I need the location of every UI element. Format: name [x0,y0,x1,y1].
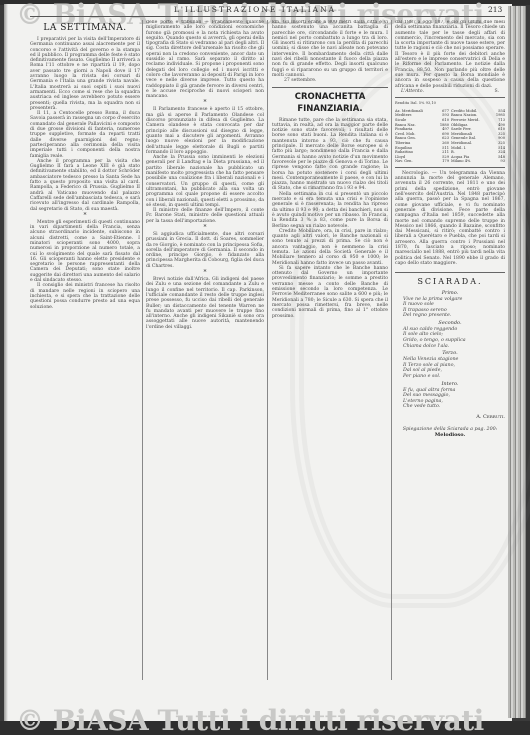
column-divider [142,20,143,680]
section-rule [395,272,505,273]
section-rule [395,167,505,168]
section-separator-asterisk: * [146,224,264,232]
article-paragraph: Brevi notizie dall'Africa. Gli indigeni … [146,277,264,330]
table-cell: Milano 4% [451,159,489,164]
obituary-paragraph: Necrologio. — Un telegramma da Vienna an… [395,171,505,266]
column-4: dal 1887 a oggi 187, e ciò gli ultimi du… [395,20,505,682]
table-cell: 179 [435,159,449,164]
sciarada-author: A. Cerruti. [395,413,505,421]
table-cell: 93 [491,159,505,164]
section-separator-asterisk: * [146,269,264,277]
header-rule [30,16,505,17]
article-paragraph: Credito Mobiliare, ora, in crisi, pare i… [272,229,388,266]
section-rule [272,87,388,88]
article-paragraph: Anche la Prussia sono imminenti le elezi… [146,155,264,208]
stanza-heading: Secondo. [395,319,505,327]
article-paragraph: Mentre gli esperimenti di questi continu… [30,220,140,284]
article-paragraph: I preparativi per la visita dell'Imperat… [30,37,140,111]
masthead-title: L'ILLUSTRAZIONE ITALIANA [155,5,355,14]
column-3: km. Gli insorti erano a 800 metri dalla … [272,20,388,682]
article-paragraph: dal 1887 a oggi 187, e ciò gli ultimi du… [395,20,505,89]
dateline: 27 settembre. [272,78,388,83]
sciarada-title: SCIARADA. [395,279,505,284]
article-paragraph: km. Gli insorti erano a 800 metri dalla … [272,20,388,78]
article-paragraph: Rimane tutte, pare che la settimana sia … [272,118,388,192]
table-cell: Nav. Gen. [395,159,433,164]
section-separator-asterisk: * [30,212,140,220]
article-paragraph: Nella settimana in cui si presentò un pi… [272,192,388,229]
book-page-edges [508,6,526,718]
article-paragraph: Anche il programma per la visita che Gug… [30,159,140,212]
page-gutter-shadow [4,4,8,722]
section-rule [395,97,505,98]
section-title-la-settimana: LA SETTIMANA. [30,22,140,34]
column-divider [267,20,268,680]
page-number: 213 [488,5,502,14]
column-divider [391,20,392,680]
column-1: LA SETTIMANA. I preparativi per la visit… [30,20,140,682]
watermark-bottom: © BiASA Tutti i diritti riservati [16,704,484,735]
column-2: delle porte e tribunali — Francamente qu… [146,20,264,682]
article-paragraph: Si aggiudica ufficialmente, due altri co… [146,232,264,269]
article-paragraph: Il consiglio dei ministri francese ha ri… [30,283,140,309]
stock-table-header: Rendita Ital. 5% 93,10 [395,101,505,106]
signature-mark: S. [495,89,499,94]
article-paragraph: Il 11, a Centocelle presso Roma, il duca… [30,111,140,159]
article-paragraph: delle porte e tribunali — Francamente qu… [146,20,264,99]
section-title-cronachetta-finanziaria: CRONACHETTA FINANZIARIA. [272,91,388,115]
stanza-heading: Intero. [395,380,505,388]
article-paragraph: Il ministro delle finanze dell'Impero, i… [146,208,264,224]
verse-line: Che vede tutto. [395,404,505,410]
signature-line: L'Attento. S. [395,89,505,94]
article-paragraph: Si fa sapere intanto che le Banche hanno… [272,266,388,319]
signature: L'Attento. [401,89,424,94]
article-paragraph: Il Parlamento francese è aperto il 15 ot… [146,107,264,155]
stanza-heading: Primo. [395,289,505,297]
sciarada-solution-word: Melodioso. [395,433,505,438]
stock-quotes-table: Az. Meridionali677Credito Mobil.554 Medi… [395,109,505,164]
